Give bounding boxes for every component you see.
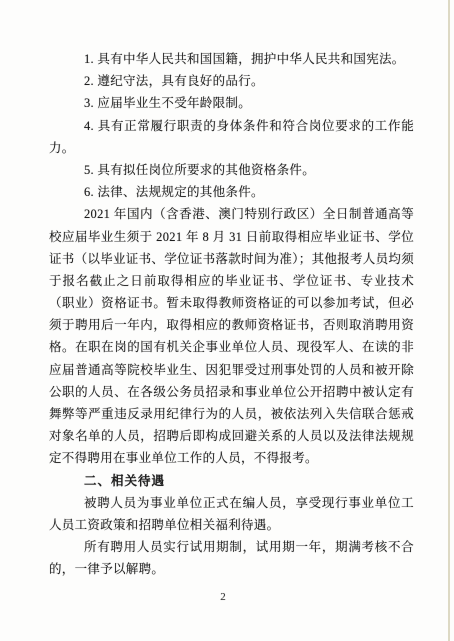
text-line: 4. 具有正常履行职责的身体条件和符合岗位要求的工作能 [49,115,414,137]
scanned-document-page: 1. 具有中华人民共和国国籍，拥护中华人民共和国宪法。2. 遵纪守法，具有良好的… [0,0,454,641]
text-line: 须于聘用后一年内，取得相应的教师资格证书，否则取消聘用资 [49,314,414,336]
text-line: 舞弊等严重违反录用纪律行为的人员，被依法列入失信联合惩戒 [49,403,414,425]
text-line: 6. 法律、法规规定的其他条件。 [49,181,414,203]
text-line: 1. 具有中华人民共和国国籍，拥护中华人民共和国宪法。 [49,48,414,70]
text-line: 2021 年国内（含香港、澳门特别行政区）全日制普通高等院 [49,203,414,225]
scan-edge-artifact-line [448,0,450,641]
text-line: 所有聘用人员实行试用期制，试用期一年，期满考核不合格 [49,536,414,558]
text-line: 格。在职在岗的国有机关企事业单位人员、现役军人、在读的非 [49,336,414,358]
text-line: （职业）资格证书。暂未取得教师资格证的可以参加考试，但必 [49,292,414,314]
text-line: 5. 具有拟任岗位所要求的其他资格条件。 [49,159,414,181]
text-line: 的，一律予以解聘。 [49,558,414,580]
text-line: 3. 应届毕业生不受年龄限制。 [49,92,414,114]
text-line: 对象名单的人员，招聘后即构成回避关系的人员以及法律法规规 [49,425,414,447]
text-line: 应届普通高等院校毕业生、因犯罪受过刑事处罚的人员和被开除 [49,359,414,381]
text-line: 校应届毕业生须于 2021 年 8 月 31 日前取得相应毕业证书、学位 [49,226,414,248]
text-line: 于报名截止之日前取得相应的毕业证书、学位证书、专业技术 [49,270,414,292]
text-line: 定不得聘用在事业单位工作的人员，不得报考。 [49,447,414,469]
page-number: 2 [208,591,238,603]
document-body: 1. 具有中华人民共和国国籍，拥护中华人民共和国宪法。2. 遵纪守法，具有良好的… [49,48,414,581]
text-line: 力。 [49,137,414,159]
text-line: 证书（以毕业证书、学位证书落款时间为准）；其他报考人员均须 [49,248,414,270]
section-heading-line: 二、相关待遇 [49,470,414,492]
text-line: 2. 遵纪守法，具有良好的品行。 [49,70,414,92]
text-line: 人员工资政策和招聘单位相关福利待遇。 [49,514,414,536]
text-line: 被聘人员为事业单位正式在编人员，享受现行事业单位工作 [49,492,414,514]
text-line: 公职的人员、在各级公务员招录和事业单位公开招聘中被认定有 [49,381,414,403]
